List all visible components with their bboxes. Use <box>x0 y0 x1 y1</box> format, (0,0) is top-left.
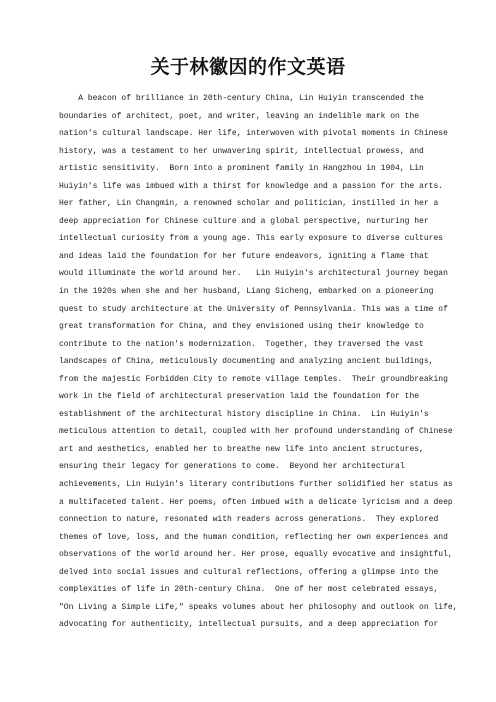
body-text-line: A beacon of brilliance in 20th-century C… <box>59 90 479 108</box>
body-text-line: Huiyin's life was imbued with a thirst f… <box>59 178 479 196</box>
body-text-line: ensuring their legacy for generations to… <box>59 458 479 476</box>
body-text-line: in the 1920s when she and her husband, L… <box>59 283 479 301</box>
body-text-line: landscapes of China, meticulously docume… <box>59 353 479 371</box>
body-text-line: a multifaceted talent. Her poems, often … <box>59 494 479 512</box>
body-text-line: "On Living a Simple Life," speaks volume… <box>59 599 479 617</box>
body-text-line: establishment of the architectural histo… <box>59 406 479 424</box>
body-text-line: observations of the world around her. He… <box>59 546 479 564</box>
body-text-line: quest to study architecture at the Unive… <box>59 301 479 319</box>
body-text-line: great transformation for China, and they… <box>59 318 479 336</box>
body-text-line: contribute to the nation's modernization… <box>59 336 479 354</box>
body-text-line: achievements, Lin Huiyin's literary cont… <box>59 476 479 494</box>
body-text-line: from the majestic Forbidden City to remo… <box>59 371 479 389</box>
body-text-line: meticulous attention to detail, coupled … <box>59 423 479 441</box>
body-text-line: and ideas laid the foundation for her fu… <box>59 248 479 266</box>
body-text-line: advocating for authenticity, intellectua… <box>59 616 479 634</box>
body-text-line: themes of love, loss, and the human cond… <box>59 529 479 547</box>
document-body: A beacon of brilliance in 20th-century C… <box>59 90 479 634</box>
body-text-line: Her father, Lin Changmin, a renowned sch… <box>59 195 479 213</box>
body-text-line: delved into social issues and cultural r… <box>59 564 479 582</box>
body-text-line: deep appreciation for Chinese culture an… <box>59 213 479 231</box>
body-text-line: connection to nature, resonated with rea… <box>59 511 479 529</box>
document-title: 关于林徽因的作文英语 <box>0 56 496 80</box>
body-text-line: history, was a testament to her unwaveri… <box>59 143 479 161</box>
body-text-line: complexities of life in 20th-century Chi… <box>59 581 479 599</box>
body-text-line: art and aesthetics, enabled her to breat… <box>59 441 479 459</box>
document-page: 关于林徽因的作文英语 A beacon of brilliance in 20t… <box>0 0 496 702</box>
body-text-line: would illuminate the world around her. L… <box>59 265 479 283</box>
body-text-line: intellectual curiosity from a young age.… <box>59 230 479 248</box>
body-text-line: artistic sensitivity. Born into a promin… <box>59 160 479 178</box>
body-text-line: boundaries of architect, poet, and write… <box>59 108 479 126</box>
body-text-line: nation's cultural landscape. Her life, i… <box>59 125 479 143</box>
body-text-line: work in the field of architectural prese… <box>59 388 479 406</box>
